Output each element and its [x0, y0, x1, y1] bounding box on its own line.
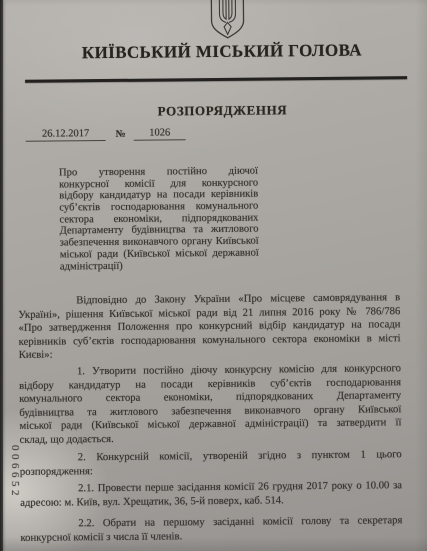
number-sign: №: [116, 129, 126, 141]
number-underline: 1026: [134, 127, 186, 140]
text-line: розпорядження:: [20, 462, 402, 479]
subject-block: Про утворення постійно діючоїконкурсної …: [59, 166, 259, 273]
text-line: адміністрації): [60, 259, 259, 273]
text-line: склад, що додається.: [20, 430, 402, 447]
item-1-paragraph: 1. Утворити постійно діючу конкурсну ком…: [19, 362, 402, 447]
number-value: 1026: [149, 127, 170, 138]
photo-left-edge: [0, 0, 3, 551]
intro-paragraph: Відповідно до Закону України «Про місцев…: [18, 291, 401, 363]
item-2-2-paragraph: 2.2. Обрати на першому засіданні комісії…: [20, 514, 402, 545]
item-2-1-paragraph: 2.1. Провести перше засідання комісії 26…: [20, 479, 402, 510]
header-rule: [25, 76, 407, 83]
date-underline: 26.12.2017: [26, 128, 106, 142]
registration-stamp: 006652: [7, 424, 21, 520]
organization-title: КИЇВСЬКИЙ МІСЬКИЙ ГОЛОВА: [22, 40, 422, 64]
text-line: адресою: м. Київ, вул. Хрещатик, 36, 5-й…: [20, 493, 402, 510]
document-type-title: РОЗПОРЯДЖЕННЯ: [22, 101, 422, 121]
document-photo: КИЇВСЬКИЙ МІСЬКИЙ ГОЛОВА РОЗПОРЯДЖЕННЯ 2…: [0, 0, 427, 551]
item-2-paragraph: 2. Конкурсній комісії, утвореній згідно …: [20, 448, 402, 479]
text-line: конкурсної комісії з числа її членів.: [20, 528, 402, 545]
date-number-line: 26.12.2017 № 1026: [26, 127, 186, 142]
page-content: КИЇВСЬКИЙ МІСЬКИЙ ГОЛОВА РОЗПОРЯДЖЕННЯ 2…: [0, 0, 427, 551]
trident-coat-of-arms-icon: [207, 0, 248, 46]
date-value: 26.12.2017: [42, 128, 89, 139]
text-line: міської ради (Київської міської державно…: [60, 247, 259, 261]
